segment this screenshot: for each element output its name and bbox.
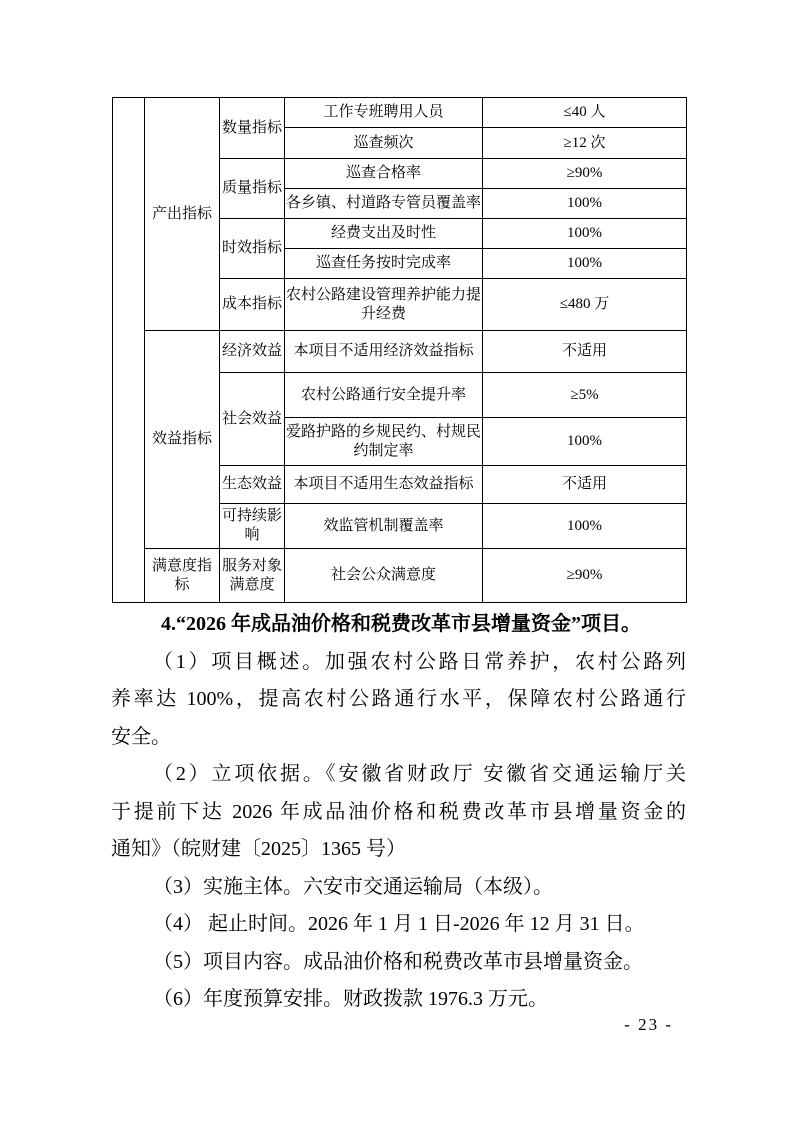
paragraph-line: （1）项目概述。加强农村公路日常养护，农村公路列 — [111, 644, 686, 682]
category-cell: 满意度指标 — [145, 549, 220, 603]
subcategory-cell: 可持续影响 — [220, 504, 285, 549]
indicator-value-cell: 100% — [483, 189, 687, 219]
paragraph-1: （1）项目概述。加强农村公路日常养护，农村公路列 养率达 100%，提高农村公路… — [111, 644, 686, 757]
subcategory-cell: 质量指标 — [220, 159, 285, 219]
indicator-name-cell: 巡查任务按时完成率 — [285, 249, 483, 279]
paragraph-line: 安全。 — [111, 719, 686, 757]
indicator-name-cell: 各乡镇、村道路专管员覆盖率 — [285, 189, 483, 219]
indicator-value-cell: ≤480 万 — [483, 279, 687, 331]
indicator-value-cell: 不适用 — [483, 466, 687, 504]
section-heading: 4.“2026 年成品油价格和税费改革市县增量资金”项目。 — [111, 606, 686, 644]
paragraph-line: （2）立项依据。《安徽省财政厅 安徽省交通运输厅关 — [111, 756, 686, 794]
indicator-name-cell: 效监管机制覆盖率 — [285, 504, 483, 549]
category-cell: 产出指标 — [145, 98, 220, 331]
subcategory-cell: 成本指标 — [220, 279, 285, 331]
indicator-name-cell: 社会公众满意度 — [285, 549, 483, 603]
paragraph-2: （2）立项依据。《安徽省财政厅 安徽省交通运输厅关 于提前下达 2026 年成品… — [111, 756, 686, 869]
indicator-name-cell: 工作专班聘用人员 — [285, 98, 483, 128]
subcategory-cell: 生态效益 — [220, 466, 285, 504]
performance-indicator-table: 产出指标 数量指标 工作专班聘用人员 ≤40 人 巡查频次 ≥12 次 质量指标… — [112, 97, 686, 603]
paragraph-line: 通知》（皖财建〔2025〕1365 号） — [111, 831, 686, 869]
indicator-table: 产出指标 数量指标 工作专班聘用人员 ≤40 人 巡查频次 ≥12 次 质量指标… — [112, 97, 687, 603]
indicator-value-cell: 100% — [483, 418, 687, 466]
table-row: 产出指标 数量指标 工作专班聘用人员 ≤40 人 — [113, 98, 687, 128]
paragraph-line: （3）实施主体。六安市交通运输局（本级）。 — [111, 869, 686, 907]
paragraph-line: 养率达 100%，提高农村公路通行水平，保障农村公路通行 — [111, 681, 686, 719]
indicator-name-cell: 本项目不适用生态效益指标 — [285, 466, 483, 504]
page-number: - 23 - — [624, 1014, 673, 1036]
indicator-value-cell: 不适用 — [483, 331, 687, 373]
document-page: 产出指标 数量指标 工作专班聘用人员 ≤40 人 巡查频次 ≥12 次 质量指标… — [0, 0, 793, 1122]
paragraph-line: （4） 起止时间。2026 年 1 月 1 日-2026 年 12 月 31 日… — [111, 906, 686, 944]
indicator-value-cell: 100% — [483, 249, 687, 279]
table-left-spacer-cell — [113, 98, 145, 603]
category-cell: 效益指标 — [145, 331, 220, 549]
subcategory-cell: 数量指标 — [220, 98, 285, 159]
indicator-value-cell: ≥12 次 — [483, 128, 687, 159]
indicator-name-cell: 巡查频次 — [285, 128, 483, 159]
paragraph-line: 于提前下达 2026 年成品油价格和税费改革市县增量资金的 — [111, 794, 686, 832]
indicator-name-cell: 经费支出及时性 — [285, 219, 483, 249]
indicator-value-cell: ≥5% — [483, 373, 687, 418]
paragraph-4: （4） 起止时间。2026 年 1 月 1 日-2026 年 12 月 31 日… — [111, 906, 686, 944]
indicator-value-cell: 100% — [483, 504, 687, 549]
body-text: 4.“2026 年成品油价格和税费改革市县增量资金”项目。 （1）项目概述。加强… — [111, 606, 686, 1019]
indicator-value-cell: ≤40 人 — [483, 98, 687, 128]
subcategory-cell: 时效指标 — [220, 219, 285, 279]
indicator-value-cell: 100% — [483, 219, 687, 249]
paragraph-5: （5）项目内容。成品油价格和税费改革市县增量资金。 — [111, 944, 686, 982]
subcategory-cell: 经济效益 — [220, 331, 285, 373]
paragraph-line: （5）项目内容。成品油价格和税费改革市县增量资金。 — [111, 944, 686, 982]
subcategory-cell: 服务对象满意度 — [220, 549, 285, 603]
indicator-name-cell: 本项目不适用经济效益指标 — [285, 331, 483, 373]
indicator-name-cell: 巡查合格率 — [285, 159, 483, 189]
paragraph-line: （6）年度预算安排。财政拨款 1976.3 万元。 — [111, 981, 686, 1019]
indicator-name-cell: 爱路护路的乡规民约、村规民约制定率 — [285, 418, 483, 466]
indicator-name-cell: 农村公路建设管理养护能力提升经费 — [285, 279, 483, 331]
indicator-name-cell: 农村公路通行安全提升率 — [285, 373, 483, 418]
paragraph-6: （6）年度预算安排。财政拨款 1976.3 万元。 — [111, 981, 686, 1019]
indicator-value-cell: ≥90% — [483, 549, 687, 603]
table-row: 效益指标 经济效益 本项目不适用经济效益指标 不适用 — [113, 331, 687, 373]
paragraph-3: （3）实施主体。六安市交通运输局（本级）。 — [111, 869, 686, 907]
table-row: 满意度指标 服务对象满意度 社会公众满意度 ≥90% — [113, 549, 687, 603]
indicator-value-cell: ≥90% — [483, 159, 687, 189]
subcategory-cell: 社会效益 — [220, 373, 285, 466]
